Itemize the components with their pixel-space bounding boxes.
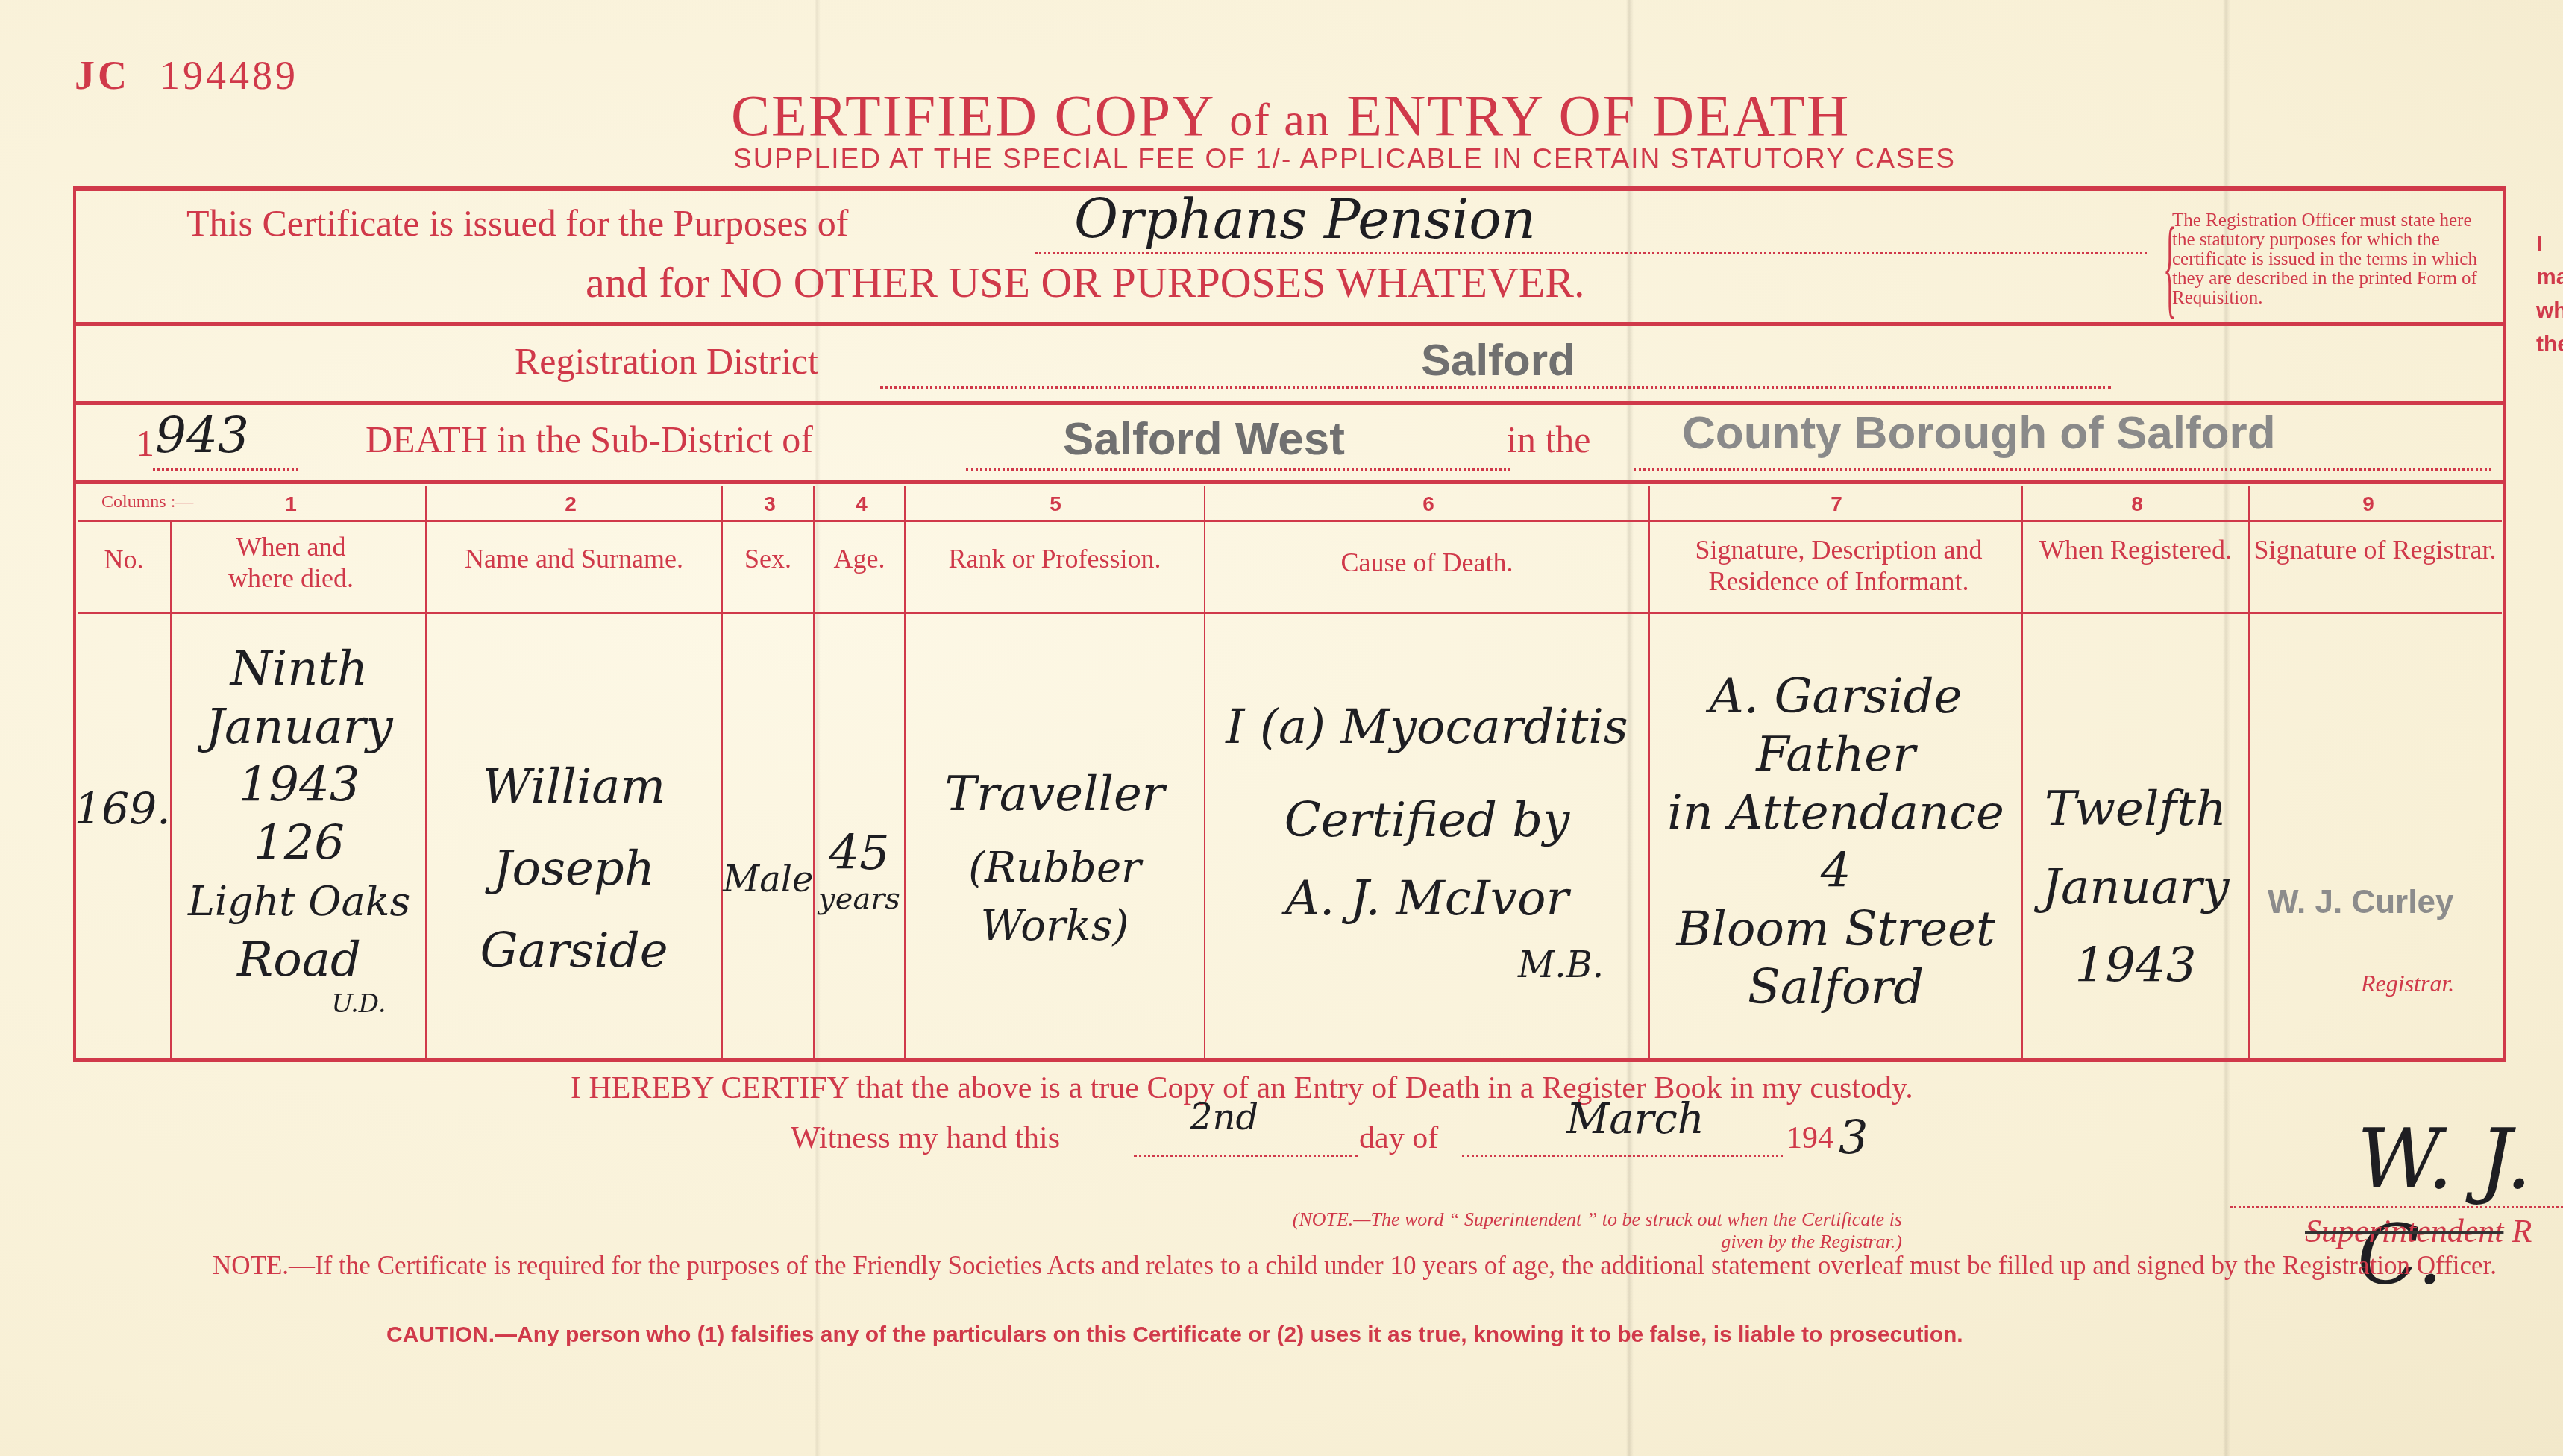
cell-when-registered: Twelfth January 1943 <box>2023 768 2248 1007</box>
registrar-label: Registrar. <box>2361 970 2454 997</box>
witness-label: Witness my hand this <box>791 1120 1060 1156</box>
subdistrict-dotted-line <box>966 468 1510 471</box>
document-subtitle: SUPPLIED AT THE SPECIAL FEE OF 1/- APPLI… <box>733 143 1956 175</box>
death-road: Road <box>173 931 425 989</box>
certification-month: March <box>1566 1095 1704 1143</box>
registrar-title-fragment: R <box>2512 1213 2532 1249</box>
purpose-dotted-line <box>1035 252 2147 254</box>
column-number: 3 <box>755 492 785 516</box>
divider <box>73 322 2506 326</box>
informant-street: Bloom Street <box>1650 900 2021 958</box>
month-dotted-line <box>1462 1155 1783 1157</box>
header-bottom-rule <box>78 612 2502 614</box>
cell-when-where-died: Ninth January 1943 126 Light Oaks Road U… <box>173 640 425 1019</box>
document-title: CERTIFIED COPY of an ENTRY OF DEATH <box>731 82 1850 149</box>
subdistrict-value: Salford West <box>1063 412 1345 465</box>
divider <box>73 401 2506 405</box>
doctor-qualification: M.B. <box>1205 936 1648 994</box>
forename: William <box>427 746 721 828</box>
header-sex: Sex. <box>723 543 813 574</box>
title-of-an: of an <box>1229 95 1331 145</box>
informant-house-number: 4 <box>1650 842 2021 900</box>
column-number: 5 <box>1037 492 1074 516</box>
informant-relation: Father <box>1650 726 2021 784</box>
column-divider <box>2248 486 2250 1058</box>
caution-notice: CAUTION.—Any person who (1) falsifies an… <box>386 1322 1963 1348</box>
column-number: 9 <box>2350 492 2387 516</box>
serial-digits: 194489 <box>160 53 298 98</box>
purpose-label: This Certificate is issued for the Purpo… <box>186 201 848 245</box>
signature-dotted-line <box>2230 1206 2563 1208</box>
cell-informant: A. Garside Father in Attendance 4 Bloom … <box>1650 668 2021 1017</box>
cell-profession: Traveller (Rubber Works) <box>906 750 1204 956</box>
header-name-surname: Name and Surname. <box>427 543 721 574</box>
age-unit: years <box>815 882 904 915</box>
header-cause-of-death: Cause of Death. <box>1205 547 1648 578</box>
profession-employer: (Rubber Works) <box>906 839 1204 956</box>
death-day: Ninth <box>173 640 425 698</box>
title-certified-copy: CERTIFIED COPY <box>731 83 1214 148</box>
superintendent-note: (NOTE.—The word “ Superintendent ” to be… <box>1283 1208 1902 1253</box>
registration-district-value: Salford <box>1421 334 1575 386</box>
day-dotted-line <box>1134 1155 1358 1157</box>
entry-number: 169. <box>73 779 172 838</box>
informant-description: in Attendance <box>1650 784 2021 842</box>
death-year: 1943 <box>173 756 425 815</box>
sex-value: Male <box>723 850 813 909</box>
certification-year-digit: 3 <box>1839 1110 1868 1164</box>
frame-right <box>2503 186 2506 1061</box>
header-when-registered: When Registered. <box>2023 534 2248 565</box>
certifying-doctor: A. J. McIvor <box>1205 862 1648 936</box>
footer-note: NOTE.—If the Certificate is required for… <box>213 1251 2563 1281</box>
year-value: 943 <box>155 407 249 464</box>
header-registrar-signature: Signature of Registrar. <box>2250 534 2500 565</box>
informant-town: Salford <box>1650 958 2021 1017</box>
death-street: Light Oaks <box>173 873 425 931</box>
struck-superintendent-word: Superintendent <box>2305 1213 2503 1249</box>
district-dotted-line <box>880 386 2111 389</box>
county-value: County Borough of Salford <box>1682 407 2276 459</box>
column-number: 2 <box>552 492 589 516</box>
header-when-where-died: When and where died. <box>209 531 373 594</box>
column-number: 8 <box>2118 492 2156 516</box>
header-no: No. <box>78 541 170 578</box>
middle-name: Joseph <box>427 828 721 910</box>
cell-name: William Joseph Garside <box>427 746 721 992</box>
header-informant: Signature, Description and Residence of … <box>1656 534 2021 597</box>
registered-day: Twelfth <box>2023 768 2248 850</box>
registrar-signature-stamp: W. J. Curley <box>2268 884 2453 921</box>
columns-label: Columns :— <box>101 492 193 512</box>
in-the-label: in the <box>1507 418 1590 461</box>
death-month: January <box>173 698 425 756</box>
cell-age: 45 years <box>815 824 904 915</box>
certification-day: 2nd <box>1190 1096 1258 1138</box>
friendly-societies-note: NOTE.—If the Certificate is required for… <box>213 1251 2555 1281</box>
age-value: 45 <box>815 824 904 882</box>
year-dotted-line <box>153 468 298 471</box>
margin-fragment: I <box>2536 231 2542 257</box>
registered-year: 1943 <box>2023 925 2248 1007</box>
serial-prefix: JC <box>75 53 130 98</box>
title-entry-of-death: ENTRY OF DEATH <box>1346 83 1850 148</box>
cause-value: I (a) Myocarditis <box>1205 675 1648 779</box>
registration-officer-note: The Registration Officer must state here… <box>2172 211 2485 308</box>
margin-fragment: wh <box>2536 298 2563 324</box>
frame-bottom <box>73 1058 2506 1062</box>
column-number: 7 <box>1818 492 1855 516</box>
superintendent-title: Superintendent R <box>2305 1212 2532 1250</box>
day-of-label: day of <box>1359 1120 1438 1156</box>
margin-fragment: ma <box>2536 265 2563 290</box>
column-number: 1 <box>272 492 310 516</box>
cell-cause-of-death: I (a) Myocarditis Certified by A. J. McI… <box>1205 675 1648 994</box>
certification-year-prefix: 194 <box>1786 1120 1833 1156</box>
column-number: 4 <box>847 492 876 516</box>
purpose-value: Orphans Pension <box>1074 188 1536 251</box>
death-district-abbrev: U.D. <box>173 989 425 1019</box>
divider <box>73 480 2506 484</box>
purpose-restriction: and for NO OTHER USE OR PURPOSES WHATEVE… <box>586 257 1584 307</box>
frame-left <box>73 186 76 1061</box>
subdistrict-label: DEATH in the Sub-District of <box>366 418 813 461</box>
profession-value: Traveller <box>906 750 1204 839</box>
margin-fragment: the <box>2536 332 2563 357</box>
surname: Garside <box>427 910 721 992</box>
registration-district-label: Registration District <box>515 339 818 383</box>
county-dotted-line <box>1634 468 2491 471</box>
certified-by-label: Certified by <box>1205 779 1648 862</box>
registered-month: January <box>2023 850 2248 925</box>
header-age: Age. <box>815 543 904 574</box>
column-number: 6 <box>1410 492 1447 516</box>
header-top-rule <box>78 520 2502 522</box>
informant-name: A. Garside <box>1650 668 2021 726</box>
death-house-number: 126 <box>173 815 425 873</box>
header-rank-profession: Rank or Profession. <box>906 543 1204 574</box>
serial-number: JC194489 <box>75 52 298 98</box>
year-prefix: 1 <box>136 421 154 465</box>
